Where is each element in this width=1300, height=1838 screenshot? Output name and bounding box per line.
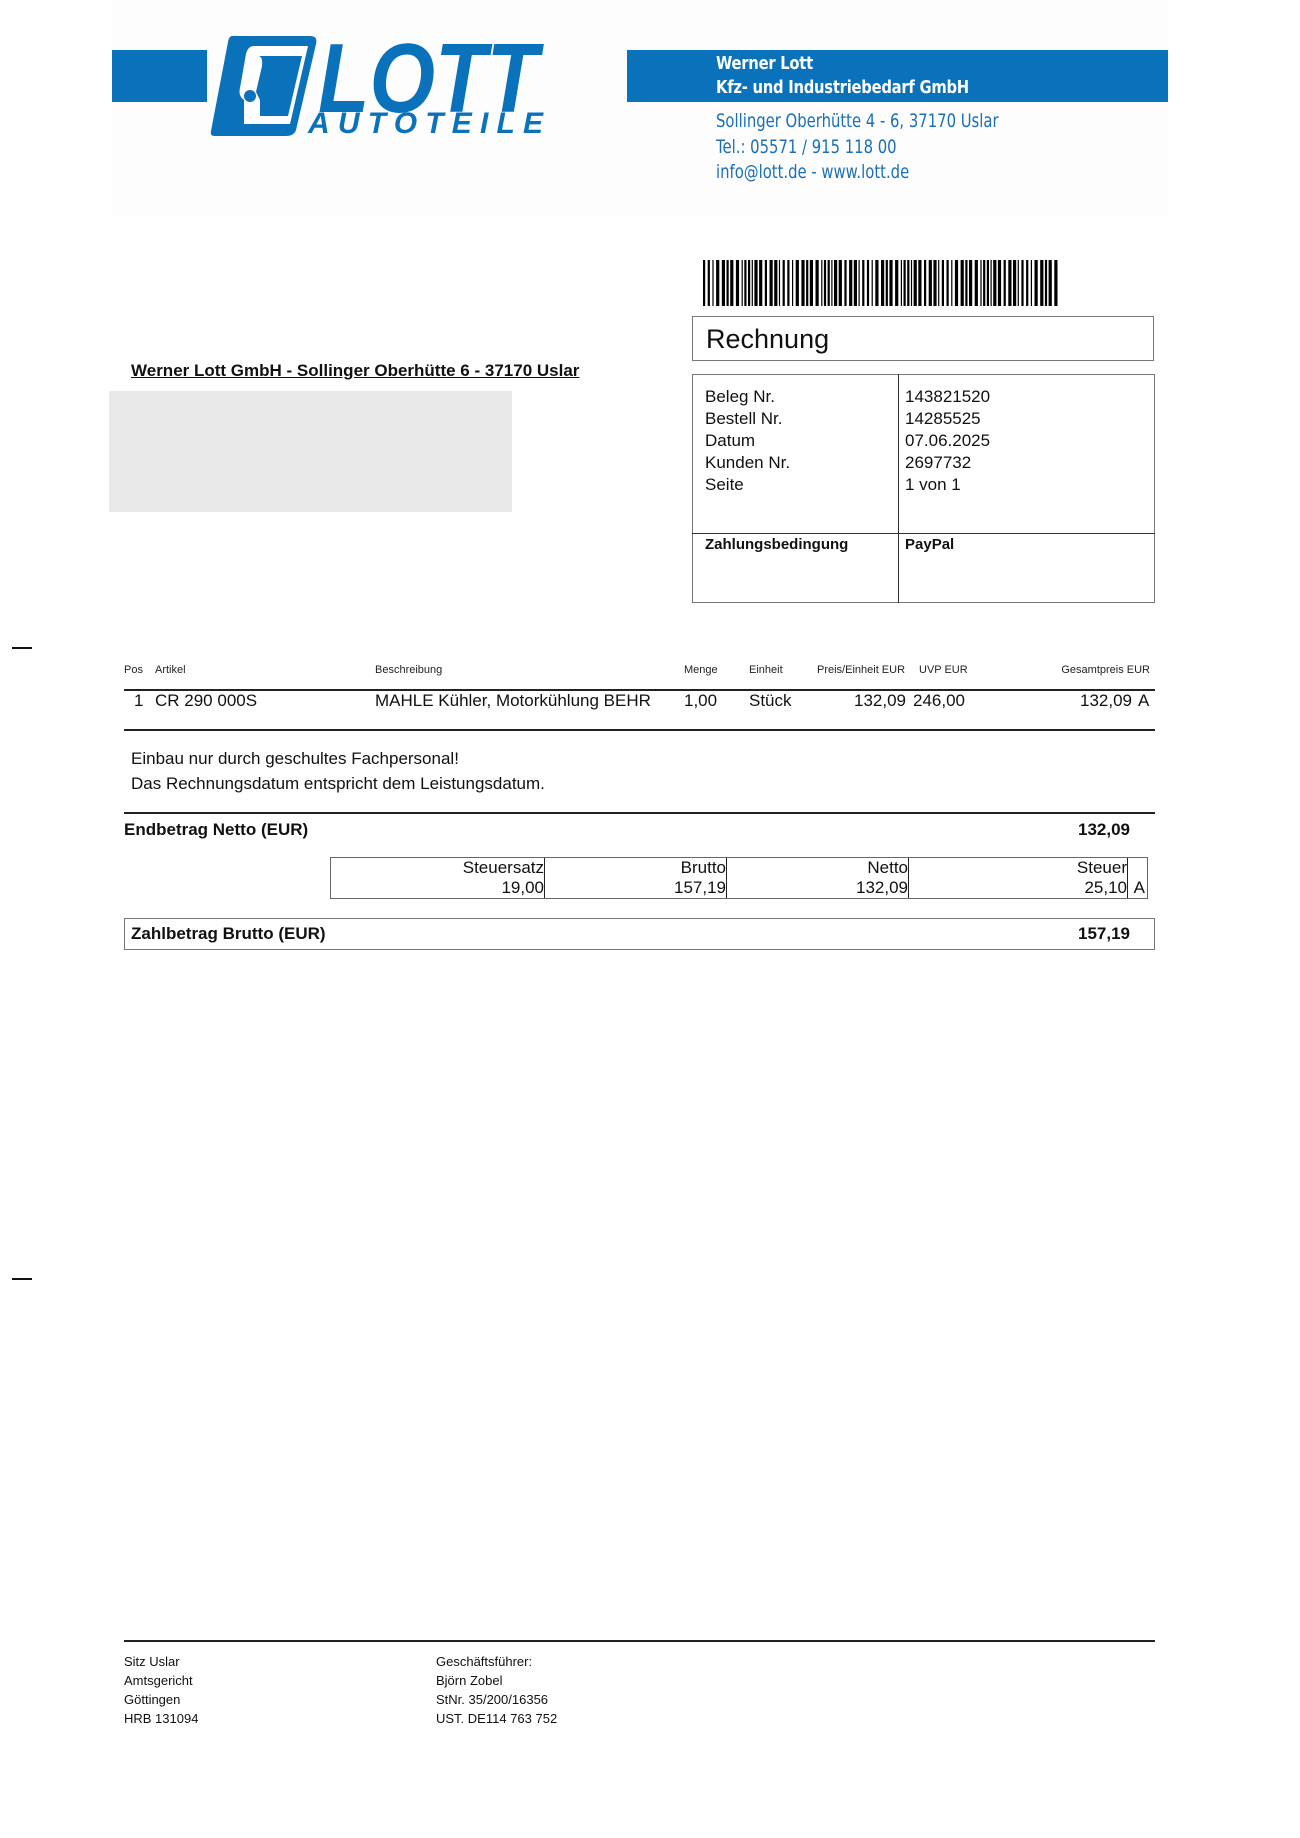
cell-tax-code: A [1138,691,1149,711]
value-seite: 1 von 1 [905,474,990,496]
cell-pos: 1 [134,691,143,711]
tax-header-rate: Steuersatz [331,858,544,878]
label-beleg-nr: Beleg Nr. [705,386,790,408]
cell-einheit: Stück [749,691,792,711]
tax-value-brutto: 157,19 [545,878,726,898]
fold-mark [12,1278,32,1280]
brand-bar-left [112,50,207,102]
cell-menge: 1,00 [684,691,717,711]
footer-text: HRB 131094 [124,1709,198,1728]
tax-col-rate: Steuersatz 19,00 [331,858,545,898]
company-address: Sollinger Oberhütte 4 - 6, 37170 Uslar [716,109,999,134]
header-artikel: Artikel [155,664,186,676]
company-contact: info@lott.de - www.lott.de [716,160,909,185]
tax-value-rate: 19,00 [331,878,544,898]
gross-total-box: Zahlbetrag Brutto (EUR) 157,19 [124,918,1155,950]
value-bestell-nr: 14285525 [905,408,990,430]
footer-text: UST. DE114 763 752 [436,1709,557,1728]
cell-preis: 132,09 [854,691,906,711]
label-bestell-nr: Bestell Nr. [705,408,790,430]
note-installation: Einbau nur durch geschultes Fachpersonal… [131,749,459,769]
value-kunden-nr: 2697732 [905,452,990,474]
tax-col-brutto: Brutto 157,19 [545,858,727,898]
svg-text:AUTOTEILE: AUTOTEILE [307,107,544,140]
footer-text: Geschäftsführer: [436,1652,557,1671]
payment-terms-value: PayPal [905,536,954,553]
value-datum: 07.06.2025 [905,430,990,452]
note-invoice-date: Das Rechnungsdatum entspricht dem Leistu… [131,774,545,794]
label-kunden-nr: Kunden Nr. [705,452,790,474]
tax-code: A [1134,878,1145,898]
tax-col-netto: Netto 132,09 [727,858,909,898]
netto-total-value: 132,09 [1078,820,1130,840]
netto-total-label: Endbetrag Netto (EUR) [124,820,308,840]
tax-header-steuer: Steuer [909,858,1127,878]
tax-header-brutto: Brutto [545,858,726,878]
label-datum: Datum [705,430,790,452]
info-values: 143821520 14285525 07.06.2025 2697732 1 … [905,386,990,496]
tax-col-steuer: Steuer 25,10 [909,858,1128,898]
gross-total-label: Zahlbetrag Brutto (EUR) [131,924,326,944]
footer-company-register: Sitz Uslar Amtsgericht Göttingen HRB 131… [124,1652,198,1728]
cell-gesamt: 132,09 [1080,691,1132,711]
document-title: Rechnung [706,324,829,355]
value-beleg-nr: 143821520 [905,386,990,408]
info-divider-horizontal [692,533,1155,534]
document-title-box: Rechnung [692,316,1154,361]
header-beschreibung: Beschreibung [375,664,442,676]
gross-total-value: 157,19 [1078,924,1130,944]
sender-return-address: Werner Lott GmbH - Sollinger Oberhütte 6… [131,361,579,381]
fold-mark [12,647,32,649]
tax-value-steuer: 25,10 [909,878,1127,898]
footer-text: Sitz Uslar [124,1652,198,1671]
car-door-icon [211,36,317,136]
company-phone: Tel.: 05571 / 915 118 00 [716,135,897,160]
table-bottom-rule [124,729,1155,731]
header-einheit: Einheit [749,664,783,676]
footer-text: Amtsgericht [124,1671,198,1690]
cell-artikel: CR 290 000S [155,691,257,711]
header-gesamt: Gesamtpreis EUR [1061,664,1150,676]
tax-header-netto: Netto [727,858,908,878]
footer-management-tax: Geschäftsführer: Björn Zobel StNr. 35/20… [436,1652,557,1728]
header-preis: Preis/Einheit EUR [817,664,905,676]
company-name: Werner Lott [716,52,813,76]
header-pos: Pos [124,664,143,676]
footer-text: StNr. 35/200/16356 [436,1690,557,1709]
footer-rule [124,1640,1155,1642]
totals-rule [124,812,1155,814]
payment-terms-label: Zahlungsbedingung [705,536,848,553]
info-labels: Beleg Nr. Bestell Nr. Datum Kunden Nr. S… [705,386,790,496]
tax-summary-table: Steuersatz 19,00 Brutto 157,19 Netto 132… [330,857,1148,899]
cell-uvp: 246,00 [913,691,965,711]
recipient-address-redacted [109,391,512,512]
label-seite: Seite [705,474,790,496]
header-uvp: UVP EUR [919,664,968,676]
tax-value-netto: 132,09 [727,878,908,898]
footer-text: Göttingen [124,1690,198,1709]
cell-beschreibung: MAHLE Kühler, Motorkühlung BEHR [375,691,651,711]
footer-text: Björn Zobel [436,1671,557,1690]
header-menge: Menge [684,664,718,676]
info-divider [898,374,899,603]
barcode [703,260,1063,306]
company-subtitle: Kfz- und Industriebedarf GmbH [716,76,969,100]
lott-logo: LOTT AUTOTEILE [210,30,640,140]
